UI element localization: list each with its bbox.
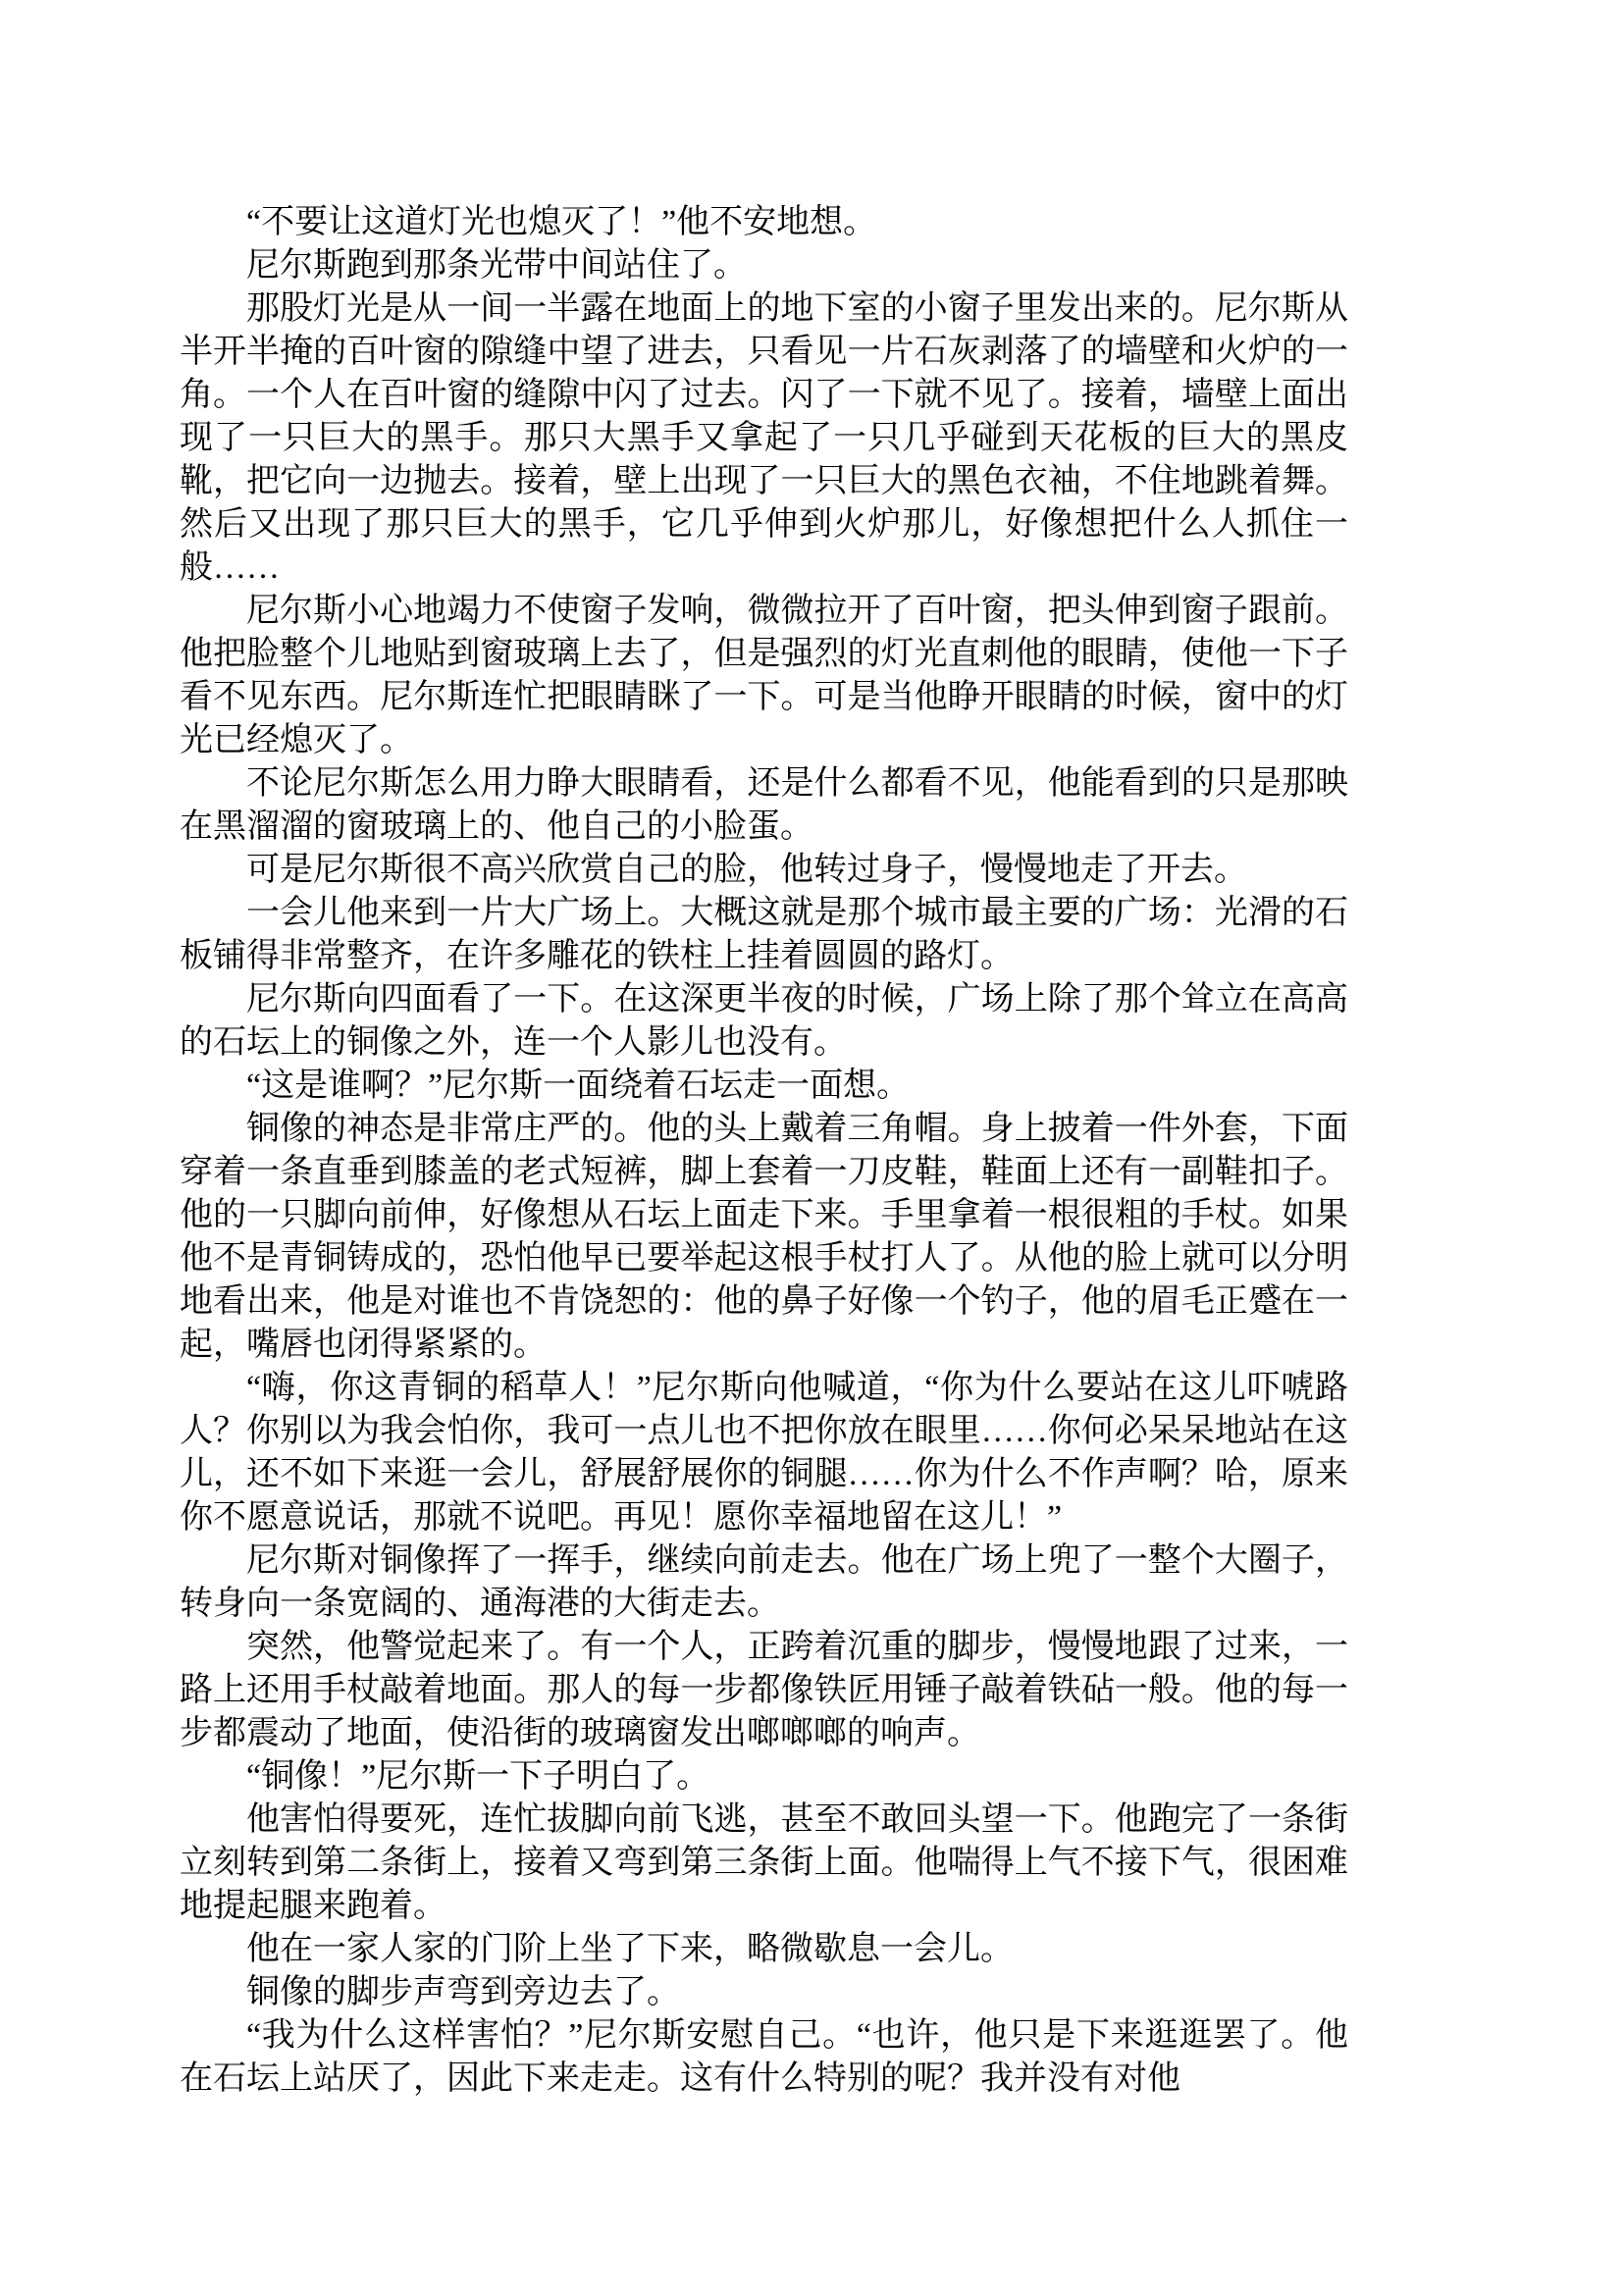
paragraph: 那股灯光是从一间一半露在地面上的地下室的小窗子里发出来的。尼尔斯从半开半掩的百叶… [180,287,1348,590]
paragraph: 他害怕得要死，连忙拔脚向前飞逃，甚至不敢回头望一下。他跑完了一条街立刻转到第二条… [180,1799,1348,1928]
paragraph: 尼尔斯小心地竭力不使窗子发响，微微拉开了百叶窗，把头伸到窗子跟前。他把脸整个儿地… [180,590,1348,762]
paragraph: 尼尔斯跑到那条光带中间站住了。 [180,244,1348,287]
paragraph: “铜像！”尼尔斯一下子明白了。 [180,1755,1348,1799]
paragraph: “我为什么这样害怕？”尼尔斯安慰自己。“也许，他只是下来逛逛罢了。他在石坛上站厌… [180,2014,1348,2101]
paragraph: “嗨，你这青铜的稻草人！”尼尔斯向他喊道，“你为什么要站在这儿吓唬路人？你别以为… [180,1367,1348,1539]
paragraph: 铜像的神态是非常庄严的。他的头上戴着三角帽。身上披着一件外套，下面穿着一条直垂到… [180,1108,1348,1367]
document-page: “不要让这道灯光也熄灭了！”他不安地想。尼尔斯跑到那条光带中间站住了。那股灯光是… [0,0,1624,2294]
paragraph: 他在一家人家的门阶上坐了下来，略微歇息一会儿。 [180,1928,1348,1971]
paragraph: 不论尼尔斯怎么用力睁大眼睛看，还是什么都看不见，他能看到的只是那映在黑溜溜的窗玻… [180,762,1348,849]
paragraph: 可是尼尔斯很不高兴欣赏自己的脸，他转过身子，慢慢地走了开去。 [180,849,1348,892]
text-block: “不要让这道灯光也熄灭了！”他不安地想。尼尔斯跑到那条光带中间站住了。那股灯光是… [180,201,1348,2101]
paragraph: 突然，他警觉起来了。有一个人，正跨着沉重的脚步，慢慢地跟了过来，一路上还用手杖敲… [180,1626,1348,1755]
paragraph: “不要让这道灯光也熄灭了！”他不安地想。 [180,201,1348,244]
paragraph: 尼尔斯向四面看了一下。在这深更半夜的时候，广场上除了那个耸立在高高的石坛上的铜像… [180,978,1348,1065]
paragraph: “这是谁啊？”尼尔斯一面绕着石坛走一面想。 [180,1065,1348,1108]
paragraph: 铜像的脚步声弯到旁边去了。 [180,1971,1348,2014]
paragraph: 一会儿他来到一片大广场上。大概这就是那个城市最主要的广场：光滑的石板铺得非常整齐… [180,892,1348,978]
paragraph: 尼尔斯对铜像挥了一挥手，继续向前走去。他在广场上兜了一整个大圈子，转身向一条宽阔… [180,1539,1348,1626]
